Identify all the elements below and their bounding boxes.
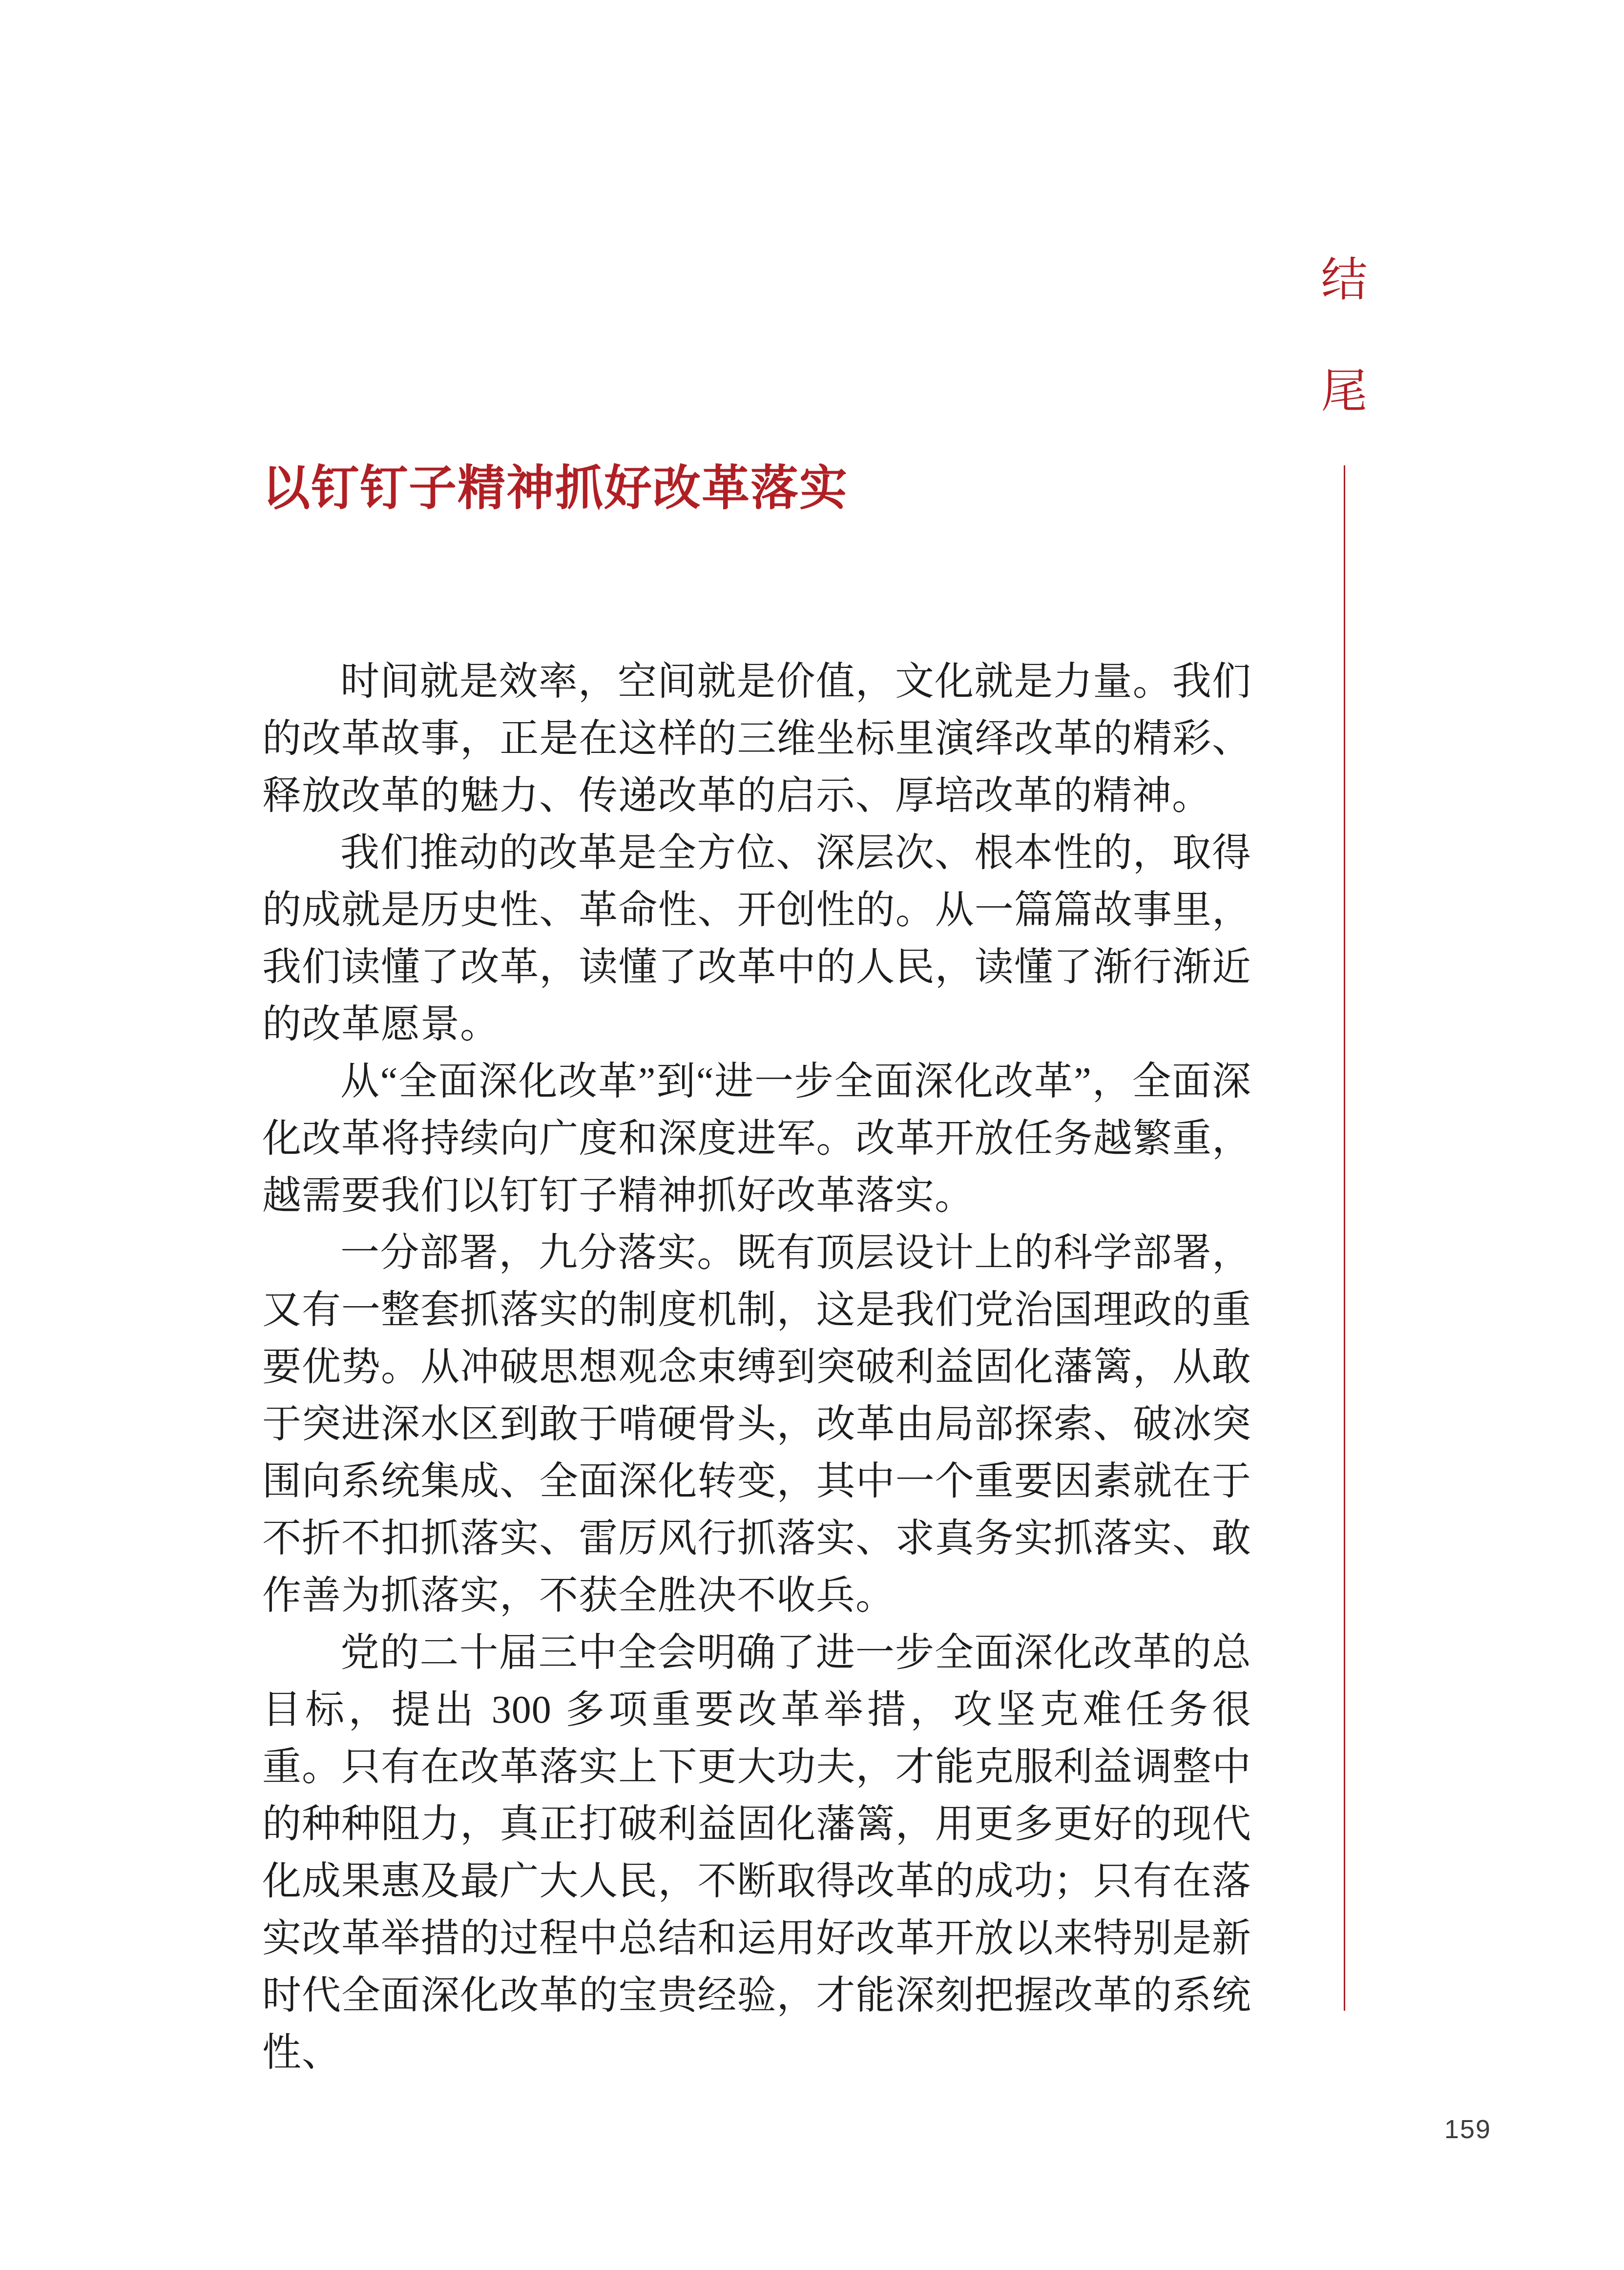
chapter-rule-line — [1344, 465, 1345, 2011]
book-page: 结 尾 以钉钉子精神抓好改革落实 时间就是效率，空间就是价值，文化就是力量。我们… — [0, 0, 1624, 2270]
paragraph-4: 一分部署，九分落实。既有顶层设计上的科学部署，又有一整套抓落实的制度机制，这是我… — [262, 1225, 1251, 1624]
chapter-marker-char-2: 尾 — [1321, 336, 1368, 447]
paragraph-2: 我们推动的改革是全方位、深层次、根本性的，取得的成就是历史性、革命性、开创性的。… — [262, 825, 1251, 1053]
chapter-marker: 结 尾 — [1321, 225, 1368, 447]
paragraph-3: 从“全面深化改革”到“进一步全面深化改革”，全面深化改革将持续向广度和深度进军。… — [262, 1053, 1251, 1225]
body-text: 时间就是效率，空间就是价值，文化就是力量。我们的改革故事，正是在这样的三维坐标里… — [262, 653, 1251, 2082]
paragraph-1: 时间就是效率，空间就是价值，文化就是力量。我们的改革故事，正是在这样的三维坐标里… — [262, 653, 1251, 825]
section-title: 以钉钉子精神抓好改革落实 — [262, 464, 848, 514]
paragraph-5: 党的二十届三中全会明确了进一步全面深化改革的总目标，提出 300 多项重要改革举… — [262, 1624, 1251, 2082]
chapter-marker-char-1: 结 — [1321, 225, 1368, 336]
page-number: 159 — [1444, 2114, 1491, 2145]
